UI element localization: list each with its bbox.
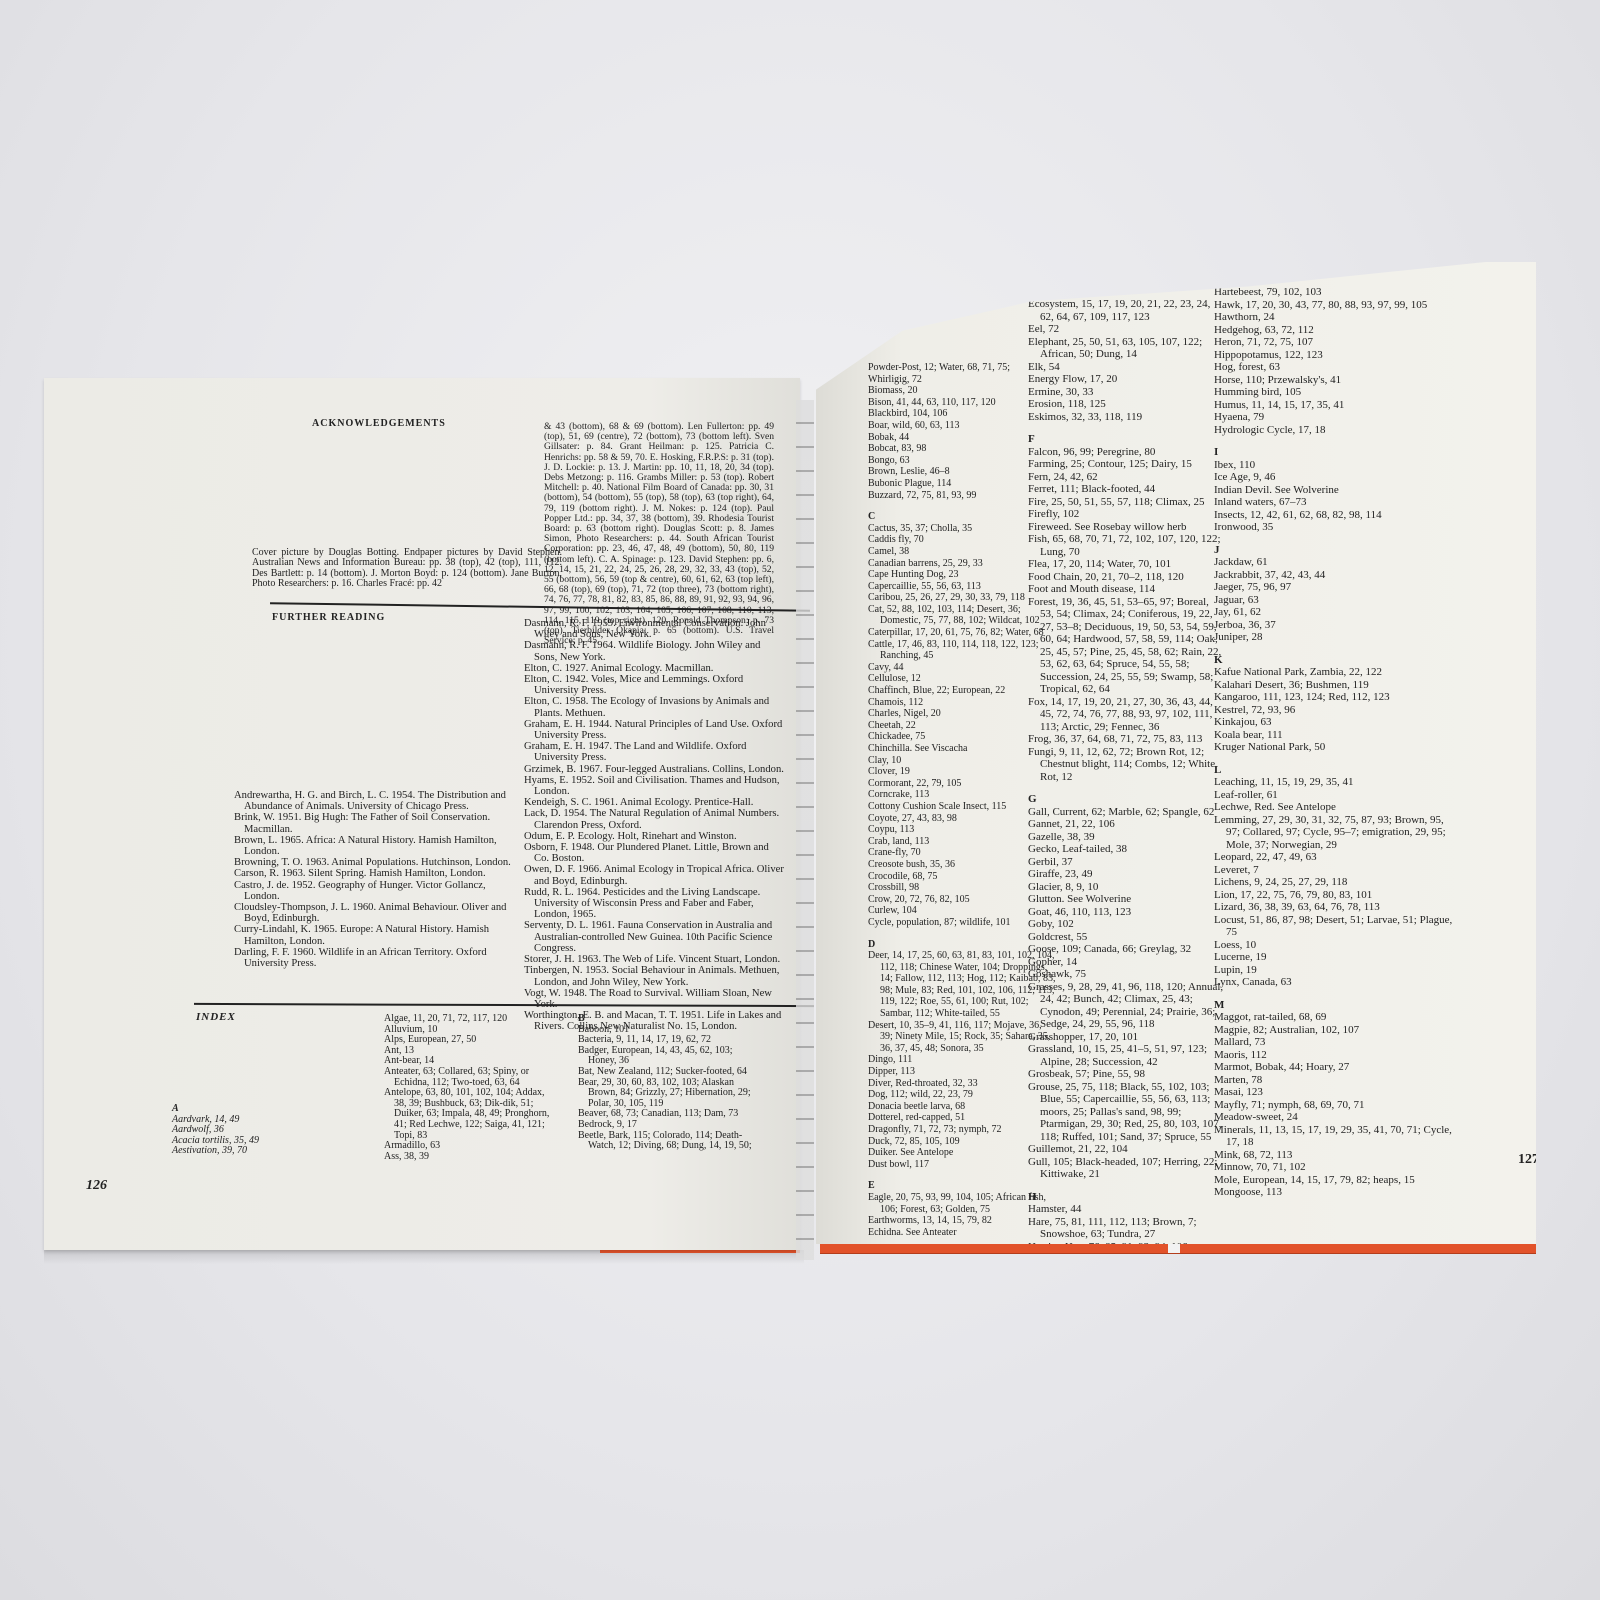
index-col-h-m: Hartebeest, 79, 102, 103Hawk, 17, 20, 30… [1214,286,1454,1199]
index-entry: Jerboa, 36, 37 [1214,619,1454,632]
index-letter: J [1214,544,1454,557]
reading-entry: Cloudsley-Thompson, J. L. 1960. Animal B… [234,902,514,924]
reading-entry: Brown, L. 1965. Africa: A Natural Histor… [234,835,514,857]
index-entry: Beetle, Bark, 115; Colorado, 114; Death-… [578,1131,754,1152]
index-entry: Jackrabbit, 37, 42, 43, 44 [1214,569,1454,582]
reading-entry: Darling, F. F. 1960. Wildlife in an Afri… [234,947,514,969]
acknowledgements-heading: ACKNOWLEDGEMENTS [312,418,446,430]
index-entry: Hippopotamus, 122, 123 [1214,349,1454,362]
index-entry: Lucerne, 19 [1214,951,1454,964]
index-entry: Fireweed. See Rosebay willow herb [1028,521,1224,534]
index-entry: Humus, 11, 14, 15, 17, 35, 41 [1214,399,1454,412]
reading-entry: Elton, C. 1927. Animal Ecology. Macmilla… [524,663,786,674]
index-entry: Foot and Mouth disease, 114 [1028,583,1224,596]
index-entry: Gazelle, 38, 39 [1028,831,1224,844]
index-letter: K [1214,654,1454,667]
index-entry: Lizard, 36, 38, 39, 63, 64, 76, 78, 113 [1214,901,1454,914]
index-entry: Fungi, 9, 11, 12, 62, 72; Brown Rot, 12;… [1028,746,1224,784]
index-entry: Goldcrest, 55 [1028,931,1224,944]
index-entry: Marmot, Bobak, 44; Hoary, 27 [1214,1061,1454,1074]
index-entry: Hydrologic Cycle, 17, 18 [1214,424,1454,437]
reading-entry: Owen, D. F. 1966. Animal Ecology in Trop… [524,864,786,886]
book-spine-stitching [796,400,814,1260]
index-entry: Forest, 19, 36, 45, 51, 53–65, 97; Borea… [1028,596,1224,696]
index-entry: Anteater, 63; Collared, 63; Spiny, or Ec… [384,1067,556,1088]
index-entry: Indian Devil. See Wolverine [1214,484,1454,497]
index-letter: H [1028,1191,1224,1204]
index-heading: INDEX [196,1012,236,1024]
index-entry: Glutton. See Wolverine [1028,893,1224,906]
index-entry: Ibex, 110 [1214,459,1454,472]
index-entry: Heron, 71, 72, 75, 107 [1214,336,1454,349]
index-entry: Locust, 51, 86, 87, 98; Desert, 51; Larv… [1214,914,1454,939]
reading-entry: Lack, D. 1954. The Natural Regulation of… [524,808,786,830]
reading-entry: Browning, T. O. 1963. Animal Populations… [234,857,514,868]
index-entry: Fox, 14, 17, 19, 20, 21, 27, 30, 36, 43,… [1028,696,1224,734]
index-entry: Energy Flow, 17, 20 [1028,373,1224,386]
index-entry: Koala bear, 111 [1214,729,1454,742]
index-entry: Grassland, 10, 15, 25, 41–5, 51, 97, 123… [1028,1043,1224,1068]
reading-entry: Hyams, E. 1952. Soil and Civilisation. T… [524,775,786,797]
index-letter: F [1028,433,1224,446]
index-letter: G [1028,793,1224,806]
index-entry: Grasses, 9, 28, 29, 41, 96, 118, 120; An… [1028,981,1224,1031]
book-cover-edge-orange [820,1243,1536,1254]
index-entry: Aestivation, 39, 70 [172,1146,322,1157]
index-entry: Minerals, 11, 13, 15, 17, 19, 29, 35, 41… [1214,1124,1454,1149]
index-entry: Giraffe, 23, 49 [1028,868,1224,881]
index-entry: Leveret, 7 [1214,864,1454,877]
reading-entry: Andrewartha, H. G. and Birch, L. C. 1954… [234,790,514,812]
index-entry: Eskimos, 32, 33, 118, 119 [1028,411,1224,424]
cover-white-band [1168,1243,1180,1253]
reading-entry: Odum, E. P. Ecology. Holt, Rinehart and … [524,831,786,842]
index-entry: Gannet, 21, 22, 106 [1028,818,1224,831]
index-entry: Mallard, 73 [1214,1036,1454,1049]
reading-entry: Storer, J. H. 1963. The Web of Life. Vin… [524,954,786,965]
reading-entry: Dasmann, R. F. 1964. Wildlife Biology. J… [524,640,786,662]
index-entry: Antelope, 63, 80, 101, 102, 104; Addax, … [384,1088,556,1141]
index-entry: Mayfly, 71; nymph, 68, 69, 70, 71 [1214,1099,1454,1112]
further-reading-col1: Andrewartha, H. G. and Birch, L. C. 1954… [234,790,514,969]
index-entry: Lynx, Canada, 63 [1214,976,1454,989]
index-entry: Horse, 110; Przewalsky's, 41 [1214,374,1454,387]
index-entry: Bear, 29, 30, 60, 83, 102, 103; Alaskan … [578,1078,754,1110]
index-letter: M [1214,999,1454,1012]
index-entry: Goshawk, 75 [1028,968,1224,981]
reading-entry: Carson, R. 1963. Silent Spring. Hamish H… [234,868,514,879]
index-entry: Hyaena, 79 [1214,411,1454,424]
index-entry: Insects, 12, 42, 61, 62, 68, 82, 98, 114 [1214,509,1454,522]
index-entry: Hawk, 17, 20, 30, 43, 77, 80, 88, 93, 97… [1214,299,1454,312]
index-entry: Gecko, Leaf-tailed, 38 [1028,843,1224,856]
index-entry: Meadow-sweet, 24 [1214,1111,1454,1124]
index-entry: Magpie, 82; Australian, 102, 107 [1214,1024,1454,1037]
index-entry: Mink, 68, 72, 113 [1214,1149,1454,1162]
reading-entry: Kendeigh, S. C. 1961. Animal Ecology. Pr… [524,797,786,808]
index-entry: Maoris, 112 [1214,1049,1454,1062]
index-col-e-h: Ecosystem, 15, 17, 19, 20, 21, 22, 23, 2… [1028,298,1224,1253]
reading-entry: Dasmann, R. F. 1959. Environmental Conse… [524,618,786,640]
further-reading-col2: Dasmann, R. F. 1959. Environmental Conse… [524,618,786,1033]
index-entry: Grouse, 25, 75, 118; Black, 55, 102, 103… [1028,1081,1224,1144]
index-entry: Leaf-roller, 61 [1214,789,1454,802]
index-letter-b: B [578,1014,754,1025]
reading-entry: Brink, W. 1951. Big Hugh: The Father of … [234,812,514,834]
reading-entry: Elton, C. 1942. Voles, Mice and Lemmings… [524,674,786,696]
index-entry: Eel, 72 [1028,323,1224,336]
index-entry: Kinkajou, 63 [1214,716,1454,729]
index-entry: Kruger National Park, 50 [1214,741,1454,754]
index-entry: Leopard, 22, 47, 49, 63 [1214,851,1454,864]
index-entry: Mongoose, 113 [1214,1186,1454,1199]
index-entry: Goat, 46, 110, 113, 123 [1028,906,1224,919]
index-entry: Leaching, 11, 15, 19, 29, 35, 41 [1214,776,1454,789]
reading-entry: Rudd, R. L. 1964. Pesticides and the Liv… [524,887,786,921]
index-entry: Ferret, 111; Black-footed, 44 [1028,483,1224,496]
index-entry: Lemming, 27, 29, 30, 31, 32, 75, 87, 93;… [1214,814,1454,852]
index-entry: Masai, 123 [1214,1086,1454,1099]
reading-entry: Grzimek, B. 1967. Four-legged Australian… [524,764,786,775]
index-entry: Minnow, 70, 71, 102 [1214,1161,1454,1174]
reading-entry: Serventy, D. L. 1961. Fauna Conservation… [524,920,786,954]
index-entry: Fern, 24, 42, 62 [1028,471,1224,484]
index-entry: Jay, 61, 62 [1214,606,1454,619]
index-entry: Kalahari Desert, 36; Bushmen, 119 [1214,679,1454,692]
index-entry: Guillemot, 21, 22, 104 [1028,1143,1224,1156]
photo-credits: & 43 (bottom), 68 & 69 (bottom). Len Ful… [544,422,774,646]
index-entry: Glacier, 8, 9, 10 [1028,881,1224,894]
index-entry: Goby, 102 [1028,918,1224,931]
index-entry: Ironwood, 35 [1214,521,1454,534]
index-entry: Lupin, 19 [1214,964,1454,977]
right-page: Powder-Post, 12; Water, 68, 71, 75;Whirl… [816,262,1536,1244]
index-entry: Ass, 38, 39 [384,1152,556,1163]
reading-entry: Graham, E. H. 1947. The Land and Wildlif… [524,741,786,763]
index-entry: Marten, 78 [1214,1074,1454,1087]
reading-entry: Osborn, F. 1948. Our Plundered Planet. L… [524,842,786,864]
index-entry: Food Chain, 20, 21, 70–2, 118, 120 [1028,571,1224,584]
page-number-right: 127 [1518,1152,1539,1168]
index-col-b: B Baboon, 101 Bacteria, 9, 11, 14, 17, 1… [578,1014,754,1152]
index-entry: Kestrel, 72, 93, 96 [1214,704,1454,717]
index-entry: Ice Age, 9, 46 [1214,471,1454,484]
index-entry: Ermine, 30, 33 [1028,386,1224,399]
index-entry: Inland waters, 67–73 [1214,496,1454,509]
index-entry: Hare, 75, 81, 111, 112, 113; Brown, 7; S… [1028,1216,1224,1241]
index-col-a2: Algae, 11, 20, 71, 72, 117, 120 Alluvium… [384,1014,556,1162]
cover-credit: Cover picture by Douglas Botting. Endpap… [252,548,562,590]
index-entry: Fire, 25, 50, 51, 55, 57, 118; Climax, 2… [1028,496,1224,509]
index-entry: Hog, forest, 63 [1214,361,1454,374]
index-entry: Flea, 17, 20, 114; Water, 70, 101 [1028,558,1224,571]
reading-entry: Tinbergen, N. 1953. Social Behaviour in … [524,965,786,987]
index-letter: L [1214,764,1454,777]
index-entry: Falcon, 96, 99; Peregrine, 80 [1028,446,1224,459]
page-number-left: 126 [86,1178,107,1194]
index-entry: Gull, 105; Black-headed, 107; Herring, 2… [1028,1156,1224,1181]
index-entry: Farming, 25; Contour, 125; Dairy, 15 [1028,458,1224,471]
index-entry: Bedrock, 9, 17 [578,1120,754,1131]
index-entry: Gopher, 14 [1028,956,1224,969]
index-letter: I [1214,446,1454,459]
reading-entry: Elton, C. 1958. The Ecology of Invasions… [524,696,786,718]
index-entry: Frog, 36, 37, 64, 68, 71, 72, 75, 83, 11… [1028,733,1224,746]
index-entry: Ecosystem, 15, 17, 19, 20, 21, 22, 23, 2… [1028,298,1224,323]
index-entry: Gall, Current, 62; Marble, 62; Spangle, … [1028,806,1224,819]
index-entry: Kafue National Park, Zambia, 22, 122 [1214,666,1454,679]
index-entry: Elk, 54 [1028,361,1224,374]
index-entry: Lichens, 9, 24, 25, 27, 29, 118 [1214,876,1454,889]
reading-entry: Graham, E. H. 1944. Natural Principles o… [524,719,786,741]
index-entry: Firefly, 102 [1028,508,1224,521]
index-entry: Loess, 10 [1214,939,1454,952]
index-entry: Fish, 65, 68, 70, 71, 72, 102, 107, 120,… [1028,533,1224,558]
index-entry: Grosbeak, 57; Pine, 55, 98 [1028,1068,1224,1081]
index-entry: Gerbil, 37 [1028,856,1224,869]
index-entry: Lion, 17, 22, 75, 76, 79, 80, 83, 101 [1214,889,1454,902]
index-entry: Hamster, 44 [1028,1203,1224,1216]
index-entry: Jaeger, 75, 96, 97 [1214,581,1454,594]
further-reading-heading: FURTHER READING [272,612,385,624]
index-entry: Algae, 11, 20, 71, 72, 117, 120 [384,1014,556,1025]
index-entry: Kangaroo, 111, 123, 124; Red, 112, 123 [1214,691,1454,704]
index-entry: Lechwe, Red. See Antelope [1214,801,1454,814]
index-entry: Juniper, 28 [1214,631,1454,644]
index-entry: Jaguar, 63 [1214,594,1454,607]
reading-entry: Curry-Lindahl, K. 1965. Europe: A Natura… [234,924,514,946]
index-entry: Bat, New Zealand, 112; Sucker-footed, 64 [578,1067,754,1078]
index-entry: Goose, 109; Canada, 66; Greylag, 32 [1028,943,1224,956]
index-entry: Badger, European, 14, 43, 45, 62, 103; H… [578,1046,754,1067]
index-entry: Erosion, 118, 125 [1028,398,1224,411]
left-page: ACKNOWLEDGEMENTS Cover picture by Dougla… [44,378,800,1250]
index-entry: Hedgehog, 63, 72, 112 [1214,324,1454,337]
index-entry: Hartebeest, 79, 102, 103 [1214,286,1454,299]
index-entry: Jackdaw, 61 [1214,556,1454,569]
index-entry: Mole, European, 14, 15, 17, 79, 82; heap… [1214,1174,1454,1187]
index-entry: Hawthorn, 24 [1214,311,1454,324]
index-letter-a: A [172,1104,322,1115]
index-entry: Humming bird, 105 [1214,386,1454,399]
reading-entry: Castro, J. de. 1952. Geography of Hunger… [234,880,514,902]
index-entry: Maggot, rat-tailed, 68, 69 [1214,1011,1454,1024]
index-entry: Grasshopper, 17, 20, 101 [1028,1031,1224,1044]
index-entry: Elephant, 25, 50, 51, 63, 105, 107, 122;… [1028,336,1224,361]
index-col-a: A Aardvark, 14, 49 Aardwolf, 36 Acacia t… [172,1104,322,1157]
